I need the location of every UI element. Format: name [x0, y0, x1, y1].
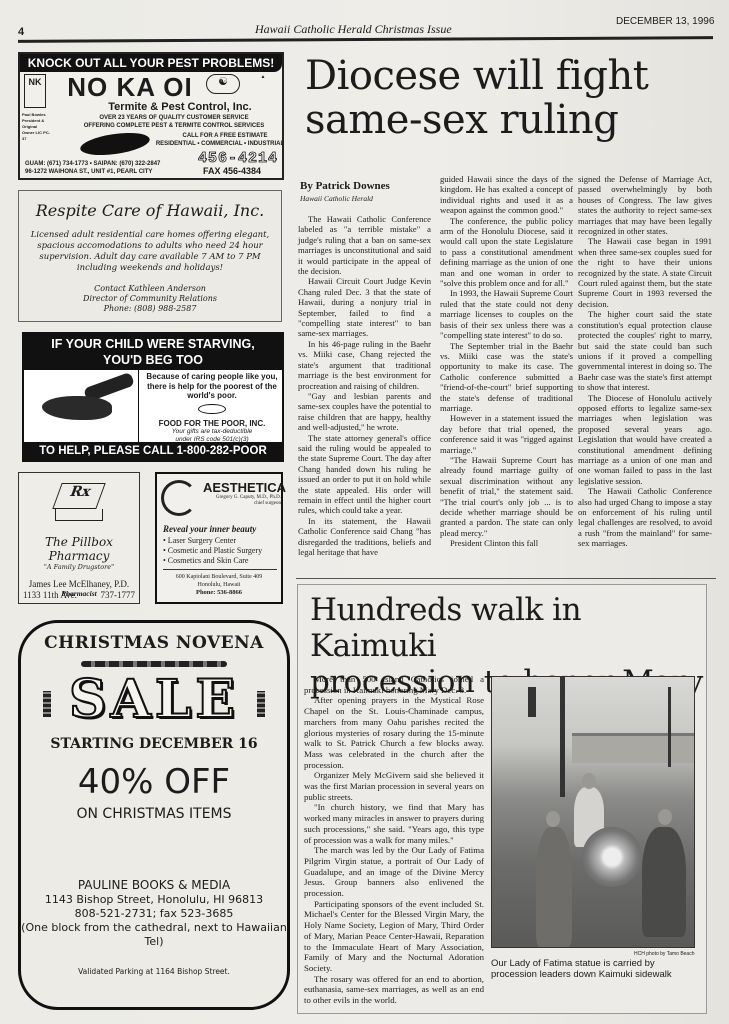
pest-company: Termite & Pest Control, Inc.: [80, 101, 280, 113]
paragraph: Participating sponsors of the event incl…: [304, 899, 484, 974]
aesthetica-address: 600 Kapiolani Boulevard, Suite 409 Honol…: [157, 573, 281, 597]
pillbox-slogan: "A Family Drugstore": [19, 563, 139, 571]
starving-call: TO HELP, PLEASE CALL 1-800-282-POOR: [24, 442, 282, 460]
novena-items: ON CHRISTMAS ITEMS: [21, 806, 287, 822]
novena-title: CHRISTMAS NOVENA: [21, 633, 287, 653]
issue-date: DECEMBER 13, 1996: [616, 16, 714, 27]
respite-contact-title: Director of Community Relations: [19, 294, 281, 304]
aesthetica-services: • Laser Surgery Center • Cosmetic and Pl…: [163, 536, 262, 566]
holly-sprig-icon: [257, 691, 265, 717]
paragraph: However in a statement issued the day be…: [440, 413, 573, 455]
photo-building: [572, 733, 695, 763]
photo-head: [658, 809, 672, 825]
respite-title: Respite Care of Hawaii, Inc.: [19, 201, 281, 220]
starving-headline-2: YOU'D BEG TOO: [24, 352, 282, 368]
paragraph: The September trial in the Baehr vs. Mii…: [440, 341, 573, 414]
paragraph: guided Hawaii since the days of the king…: [440, 174, 573, 216]
aesthetica-address-2: Honolulu, Hawaii: [157, 581, 281, 589]
article1-byline: By Patrick Downes: [300, 180, 390, 192]
novena-address: 1143 Bishop Street, Honolulu, HI 96813: [21, 893, 287, 907]
paragraph: Hawaii Circuit Court Judge Kevin Chang r…: [298, 276, 431, 338]
publication-title: Hawaii Catholic Herald Christmas Issue: [255, 22, 452, 37]
pest-line-1: OVER 23 YEARS OF QUALITY CUSTOMER SERVIC…: [64, 115, 284, 121]
pest-brand: NO KA OI: [65, 72, 195, 103]
palm-shape: [42, 396, 112, 420]
photo-traffic-light: [528, 687, 536, 717]
photo-person: [642, 827, 686, 937]
holly-sprig-icon: [43, 691, 51, 717]
paragraph: The Hawaii case began in 1991 when three…: [578, 236, 712, 309]
sale-text: SALE: [69, 669, 239, 730]
article-divider: [296, 578, 716, 579]
service-item: • Cosmetics and Skin Care: [163, 556, 262, 566]
novena-phone: 808-521-2731; fax 523-3685: [21, 907, 287, 921]
paragraph: The Hawaii Catholic Conference also had …: [578, 486, 712, 548]
paragraph: The rosary was offered for an end to abo…: [304, 974, 484, 1006]
novena-parking: Validated Parking at 1164 Bishop Street.: [21, 967, 287, 976]
nk-logo-icon: NK: [24, 74, 46, 108]
paragraph: "In church history, we find that Mary ha…: [304, 802, 484, 845]
pillbox-address: 1133 11th Ave.: [23, 590, 77, 600]
paragraph: The Diocese of Honolulu actively opposed…: [578, 393, 712, 487]
aesthetica-divider: [163, 569, 277, 570]
pest-line-3: CALL FOR A FREE ESTIMATE: [170, 133, 280, 139]
aesthetica-phone: Phone: 536-8866: [196, 589, 242, 596]
respite-description: Licensed adult residential care homes of…: [27, 230, 273, 274]
pest-fax: FAX 456-4384: [203, 166, 261, 176]
starving-tax-1: Your gifts are tax-deductible: [142, 428, 282, 436]
seal-icon: ☯: [206, 74, 240, 94]
pest-address-line-1: GUAM: (671) 734-1773 • SAIPAN: (670) 322…: [25, 160, 195, 168]
pillbox-phone: 737-1777: [101, 590, 136, 600]
article1-column-2: guided Hawaii since the days of the king…: [440, 174, 573, 549]
bug-illustration-icon: [79, 129, 151, 159]
procession-photo: [491, 676, 695, 948]
paragraph: The state attorney general's office said…: [298, 433, 431, 516]
fish-icon: [198, 404, 226, 414]
paragraph: In its statement, the Hawaii Catholic Co…: [298, 516, 431, 558]
service-item: • Laser Surgery Center: [163, 536, 262, 546]
article1-headline-line-2: same-sex ruling: [305, 98, 715, 142]
starving-headline: IF YOUR CHILD WERE STARVING, YOU'D BEG T…: [24, 334, 282, 370]
cupped-hands-image: [24, 370, 139, 444]
novena-starting: STARTING DECEMBER 16: [21, 736, 287, 752]
flower-statue: [582, 827, 642, 887]
novena-note: (One block from the cathedral, next to H…: [21, 921, 287, 949]
pest-address-line-2: 96-1272 WAIHONA ST., UNIT #1, PEARL CITY: [25, 168, 195, 176]
paragraph: "The Hawaii Supreme Court has already fo…: [440, 455, 573, 538]
article2-headline-line-1: Hundreds walk in Kaimuki: [310, 592, 705, 664]
novena-store: PAULINE BOOKS & MEDIA: [21, 878, 287, 893]
novena-discount: 40% OFF: [21, 762, 287, 802]
starving-body: Because of caring people like you, there…: [142, 372, 282, 444]
respite-contact: Contact Kathleen Anderson Director of Co…: [19, 284, 281, 314]
starving-headline-1: IF YOUR CHILD WERE STARVING,: [24, 336, 282, 352]
swirl-logo-icon: [161, 480, 197, 516]
paragraph: The conference, the public policy arm of…: [440, 216, 573, 289]
ad-pillbox-pharmacy: Rx The Pillbox Pharmacy "A Family Drugst…: [18, 472, 140, 604]
paragraph: Organizer Mely McGivern said she believe…: [304, 770, 484, 802]
pillbox-name: The Pillbox Pharmacy: [19, 535, 139, 563]
respite-phone: Phone: (808) 988-2587: [19, 304, 281, 314]
pillbox-contact: 1133 11th Ave. 737-1777: [19, 590, 139, 600]
rx-box-base: [55, 509, 103, 521]
photo-credit: HCH photo by Tamo Beach: [634, 951, 695, 957]
paragraph: In his 46-page ruling in the Baehr vs. M…: [298, 339, 431, 391]
paragraph: The higher court said the state constitu…: [578, 309, 712, 392]
photo-head: [546, 811, 560, 827]
article2-body: More than 500 island Catholics joined a …: [304, 674, 484, 1006]
paragraph: After opening prayers in the Mystical Ro…: [304, 695, 484, 770]
aesthetica-address-1: 600 Kapiolani Boulevard, Suite 409: [157, 573, 281, 581]
ad-food-for-the-poor: IF YOUR CHILD WERE STARVING, YOU'D BEG T…: [22, 332, 284, 462]
paragraph: In 1993, the Hawaii Supreme Court ruled …: [440, 288, 573, 340]
respite-contact-name: Contact Kathleen Anderson: [19, 284, 281, 294]
paragraph: More than 500 island Catholics joined a …: [304, 674, 484, 695]
article1-column-1: The Hawaii Catholic Conference labeled a…: [298, 214, 431, 557]
article1-headline: Diocese will fight same-sex ruling: [305, 54, 715, 142]
pest-address: GUAM: (671) 734-1773 • SAIPAN: (670) 322…: [25, 160, 195, 176]
header-rule: [18, 36, 713, 43]
ad-christmas-novena: CHRISTMAS NOVENA SALE STARTING DECEMBER …: [18, 620, 290, 1010]
rx-box-icon: Rx: [52, 483, 105, 509]
paragraph: The march was led by the Our Lady of Fat…: [304, 845, 484, 899]
starving-org: FOOD FOR THE POOR, INC.: [142, 419, 282, 428]
aesthetica-doctor: Gregory G. Caputy, M.D., Ph.D. chief sur…: [201, 495, 281, 507]
article1-byline-org: Hawaii Catholic Herald: [300, 194, 373, 203]
holly-garland-icon: [81, 661, 227, 667]
article1-column-3: signed the Defense of Marriage Act, pass…: [578, 174, 712, 549]
pest-line-2: OFFERING COMPLETE PEST & TERMITE CONTROL…: [64, 123, 284, 129]
ad-pest-control: KNOCK OUT ALL YOUR PEST PROBLEMS! NK Pau…: [18, 52, 284, 180]
ad-aesthetica: AESTHETICA Gregory G. Caputy, M.D., Ph.D…: [155, 472, 283, 604]
aesthetica-tagline: Reveal your inner beauty: [163, 524, 256, 534]
pest-line-4: RESIDENTIAL • COMMERCIAL • INDUSTRIAL: [155, 141, 285, 147]
association-logo-icon: ▲: [246, 74, 280, 94]
starving-body-text: Because of caring people like you, there…: [142, 372, 282, 401]
newspaper-page: 4 Hawaii Catholic Herald Christmas Issue…: [0, 0, 729, 1024]
owner-note: Paul Bowles President & Original Owner L…: [22, 112, 50, 142]
service-item: • Cosmetic and Plastic Surgery: [163, 546, 262, 556]
article1-headline-line-1: Diocese will fight: [305, 54, 715, 98]
paragraph: President Clinton this fall: [440, 538, 573, 548]
ad-respite-care: Respite Care of Hawaii, Inc. Licensed ad…: [18, 190, 282, 322]
pest-phone: 456-4214: [198, 150, 278, 167]
photo-person: [536, 827, 572, 947]
pest-banner: KNOCK OUT ALL YOUR PEST PROBLEMS!: [20, 54, 282, 72]
photo-pole: [560, 677, 565, 797]
aesthetica-doctor-role: chief surgeon: [201, 501, 281, 507]
novena-sale: SALE: [21, 669, 287, 730]
aesthetica-name: AESTHETICA: [203, 480, 286, 495]
paragraph: "Gay and lesbian parents and same-sex co…: [298, 391, 431, 433]
page-number: 4: [18, 26, 24, 38]
photo-pole: [668, 687, 671, 767]
photo-head: [582, 773, 596, 789]
pillbox-pharmacist: James Lee McElhaney, P.D.: [19, 579, 139, 589]
paragraph: The Hawaii Catholic Conference labeled a…: [298, 214, 431, 276]
paragraph: signed the Defense of Marriage Act, pass…: [578, 174, 712, 236]
photo-caption: Our Lady of Fatima statue is carried by …: [491, 958, 701, 980]
